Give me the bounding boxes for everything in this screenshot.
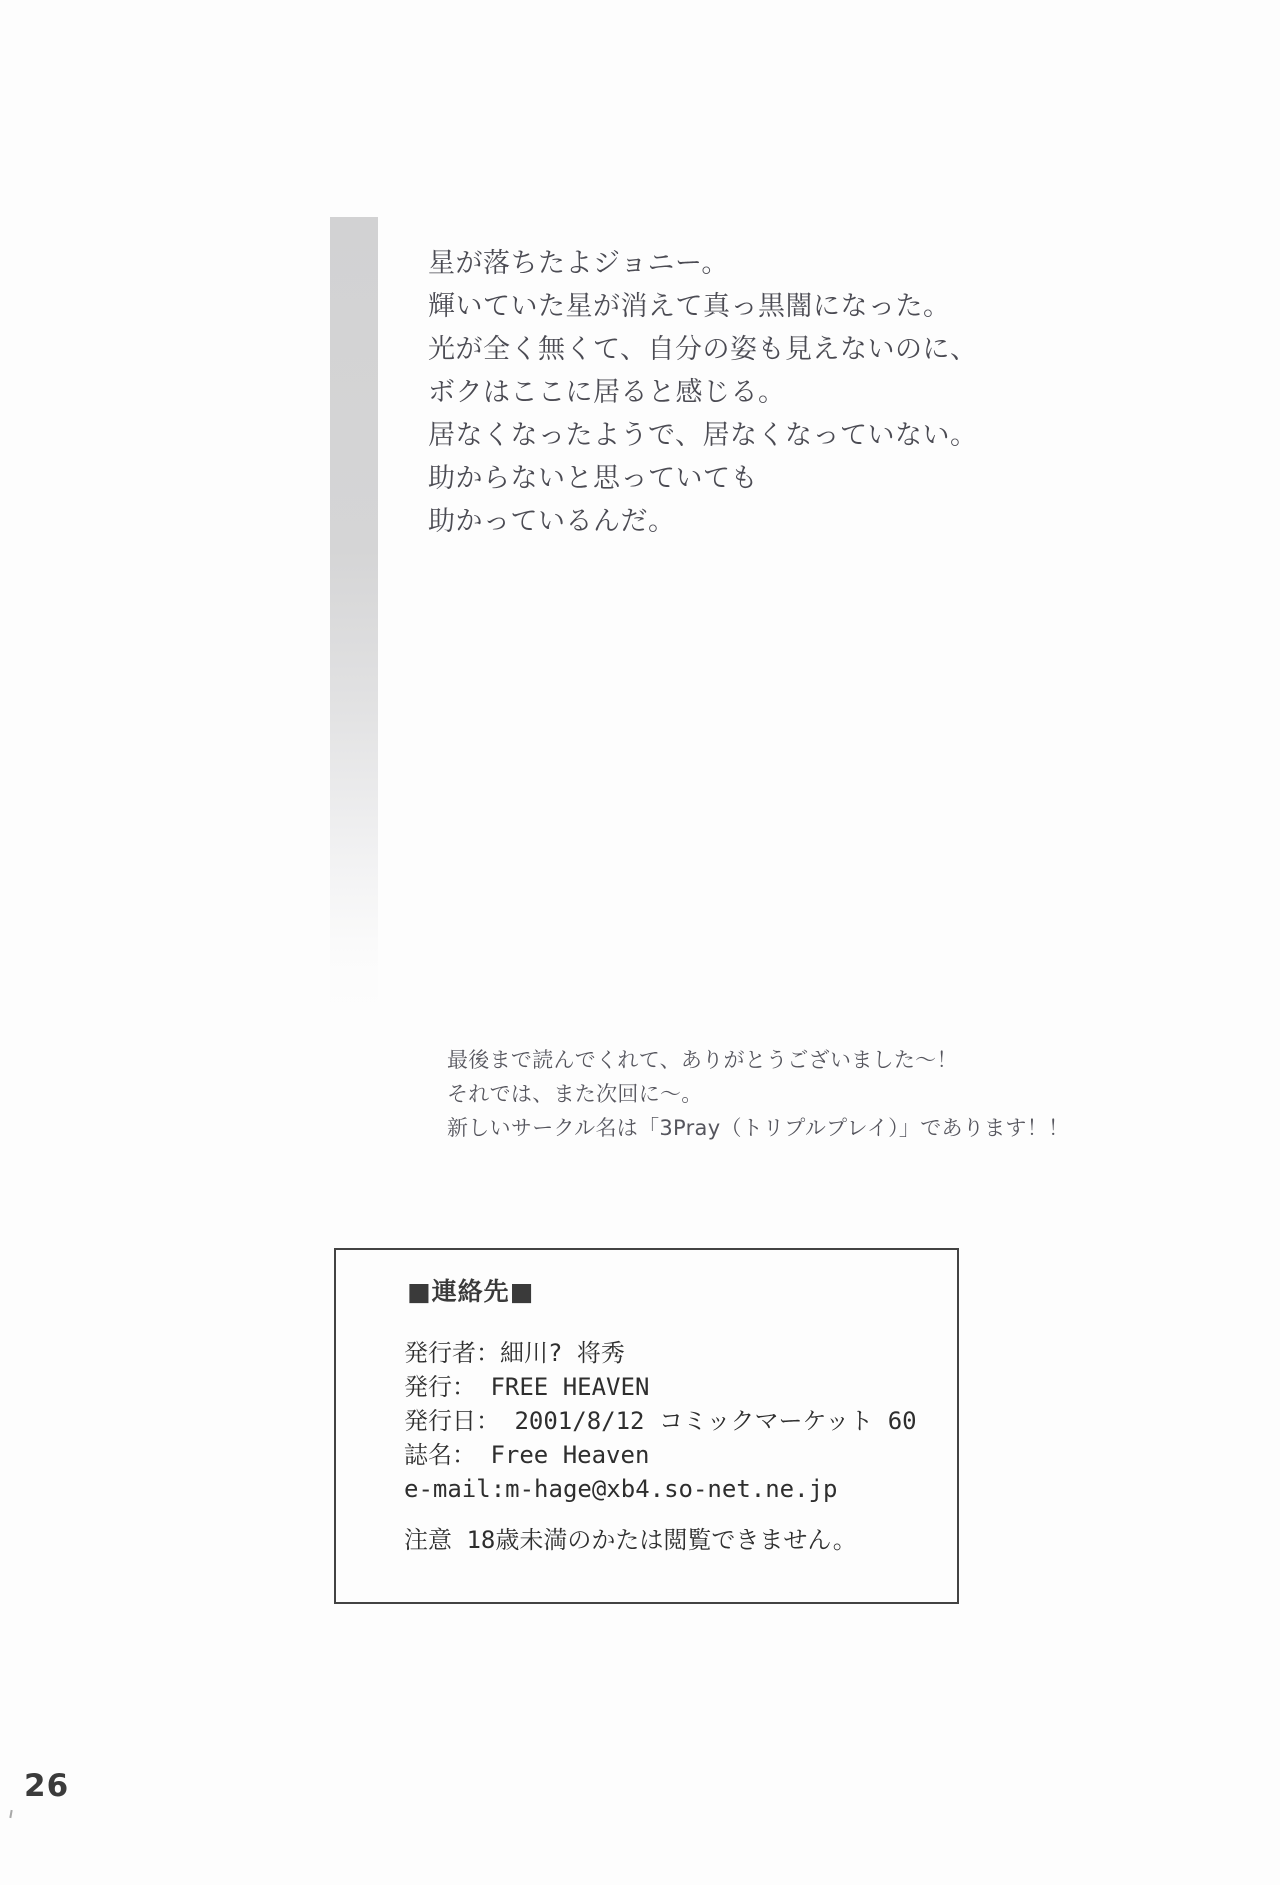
poem-line: 星が落ちたよジョニー。 <box>428 242 977 285</box>
scanned-doujinshi-afterword-page: 星が落ちたよジョニー。 輝いていた星が消えて真っ黒闇になった。 光が全く無くて、… <box>0 0 1280 1885</box>
poem-line: ボクはここに居ると感じる。 <box>428 371 977 414</box>
contact-line-date: 発行日： 2001/8/12 コミックマーケット 60 <box>404 1404 917 1438</box>
contact-box-heading: ■連絡先■ <box>407 1272 534 1308</box>
thanks-line: それでは、また次回に〜。 <box>447 1077 1069 1111</box>
thanks-line: 最後まで読んでくれて、ありがとうございました〜！ <box>447 1043 1069 1077</box>
contact-line-title: 誌名： Free Heaven <box>404 1438 917 1472</box>
scan-artifact-speck <box>9 1810 12 1818</box>
poem-line: 輝いていた星が消えて真っ黒闇になった。 <box>428 285 977 328</box>
afterword-poem: 星が落ちたよジョニー。 輝いていた星が消えて真っ黒闇になった。 光が全く無くて、… <box>428 242 977 543</box>
poem-line: 光が全く無くて、自分の姿も見えないのに、 <box>428 328 977 371</box>
contact-line-email: e-mail:m-hage@xb4.so-net.ne.jp <box>404 1472 917 1506</box>
poem-line: 助からないと思っていても <box>428 457 977 500</box>
poem-line: 助かっているんだ。 <box>428 500 977 543</box>
thanks-line: 新しいサークル名は「3Pray（トリプルプレイ）」であります！！ <box>447 1111 1069 1145</box>
age-restriction-notice: 注意 18歳未満のかたは閲覧できません。 <box>404 1520 857 1555</box>
contact-line-circle: 発行： FREE HEAVEN <box>404 1370 917 1404</box>
contact-info-box: ■連絡先■ 発行者：細川? 将秀 発行： FREE HEAVEN 発行日： 20… <box>334 1248 959 1604</box>
contact-line-publisher: 発行者：細川? 将秀 <box>404 1336 917 1370</box>
decorative-gradient-bar <box>330 217 378 1010</box>
contact-lines: 発行者：細川? 将秀 発行： FREE HEAVEN 発行日： 2001/8/1… <box>404 1336 917 1506</box>
poem-line: 居なくなったようで、居なくなっていない。 <box>428 414 977 457</box>
thanks-note: 最後まで読んでくれて、ありがとうございました〜！ それでは、また次回に〜。 新し… <box>447 1043 1069 1145</box>
page-number: 26 <box>24 1768 69 1804</box>
